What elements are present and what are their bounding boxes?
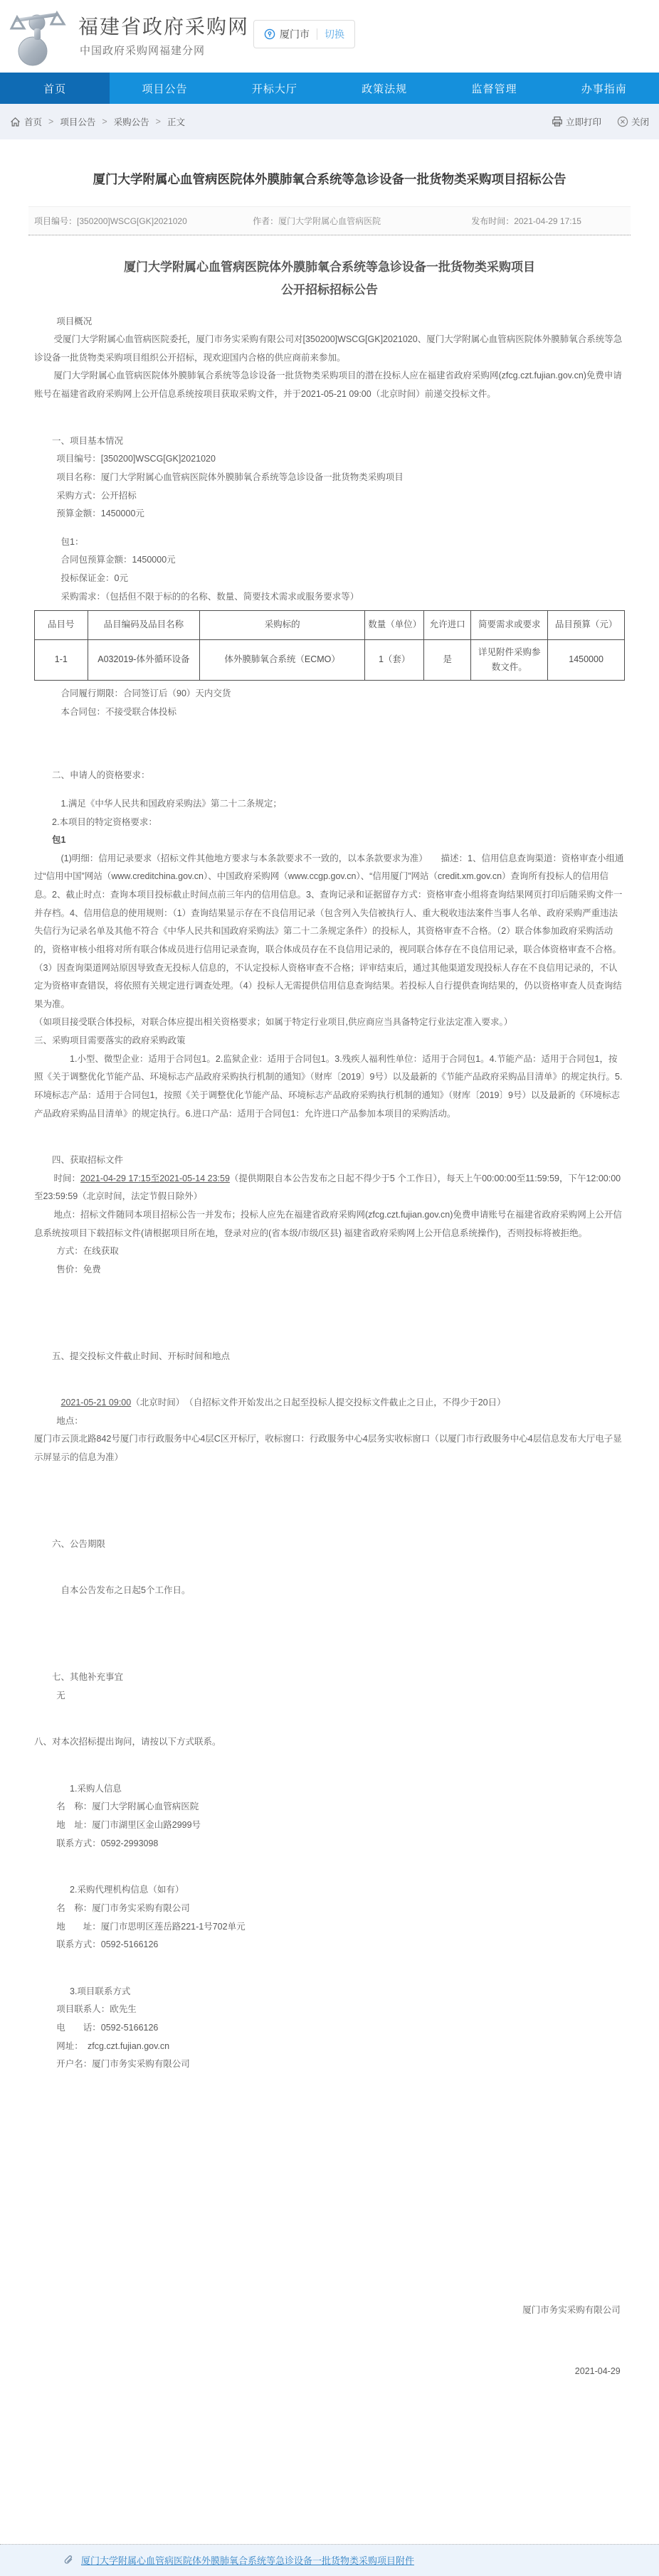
doc-spacer [34,1553,625,1582]
doc-paragraph: 2.采购代理机构信息（如有） [70,1881,625,1900]
doc-paragraph: 项目概况 [56,313,625,331]
doc-paragraph: 八、对本次招标提出询问，请按以下方式联系。 [34,1733,625,1752]
article: 厦门大学附属心血管病医院体外膜肺氧合系统等急诊设备一批货物类采购项目招标公告 项… [0,169,659,2544]
doc-paragraph: 方式：在线获取 [56,1242,625,1261]
table-cell: 1（套） [365,639,424,681]
paperclip-icon [63,2554,75,2566]
breadcrumb-item-procurement[interactable]: 采购公告 [114,115,149,128]
table-header-cell: 品目号 [35,611,88,639]
main-nav: 首页 项目公告 开标大厅 政策法规 监督管理 办事指南 [0,73,659,104]
nav-item-bid-opening-hall[interactable]: 开标大厅 [220,73,329,104]
doc-paragraph: 厦门市云顶北路842号厦门市行政服务中心4层C区开标厅，收标窗口：行政服务中心4… [34,1430,625,1467]
doc-paragraph: 合同包预算金额：1450000元 [61,551,626,570]
article-author: 作者：厦门大学附属心血管病医院 [253,215,471,227]
nav-item-project-announcements[interactable]: 项目公告 [110,73,219,104]
doc-paragraph: 七、其他补充事宜 [52,1668,625,1687]
nav-item-home[interactable]: 首页 [0,73,110,104]
doc-paragraph: 自本公告发布之日起5个工作日。 [61,1582,626,1600]
doc-paragraph: 3.项目联系方式 [70,1983,625,2001]
home-icon [10,117,21,127]
site-header: 福建省政府采购网 中国政府采购网福建分网 厦门市 切换 [0,0,659,73]
doc-paragraph: 五、提交投标文件截止时间、开标时间和地点 [52,1348,625,1366]
project-number-label: 项目编号： [34,216,77,226]
nav-item-guide[interactable]: 办事指南 [549,73,659,104]
doc-spacer [34,1954,625,1983]
table-header-cell: 品目预算（元） [548,611,625,639]
project-number-value: [350200]WSCG[GK]2021020 [77,216,187,226]
doc-paragraph: 名 称：厦门大学附属心血管病医院 [56,1798,625,1816]
location-switch-button[interactable]: 切换 [325,27,344,41]
doc-paragraph: 1.满足《中华人民共和国政府采购法》第二十二条规定； [61,795,626,814]
doc-paragraph: (1)明细：信用记录要求（招标文件其他地方要求与本条款要求不一致的，以本条款要求… [34,850,625,1014]
nav-item-policies[interactable]: 政策法规 [329,73,439,104]
breadcrumb: 首页 > 项目公告 > 采购公告 > 正文 [10,115,185,128]
doc-paragraph: 项目编号：[350200]WSCG[GK]2021020 [56,450,625,469]
location-city-label: 厦门市 [280,27,310,41]
doc-paragraph: 网址： zfcg.czt.fujian.gov.cn [56,2038,625,2056]
doc-text: （北京时间） （自招标文件开始发出之日起至投标人提交投标文件截止之日止，不得少于… [131,1398,505,1407]
table-cell: 体外膜肺氧合系统（ECMO） [200,639,365,681]
article-author-label: 作者： [253,216,278,226]
doc-paragraph: 售价：免费 [56,1261,625,1279]
doc-title: 公开招标招标公告 [34,278,625,303]
table-cell: 是 [424,639,471,681]
doc-paragraph: （如项目接受联合体投标，对联合体应提出相关资格要求；如属于特定行业项目,供应商应… [34,1013,625,1032]
doc-spacer [34,404,625,432]
doc-paragraph: 项目名称：厦门大学附属心血管病医院体外膜肺氧合系统等急诊设备一批货物类采购项目 [56,469,625,487]
breadcrumb-separator: > [156,117,161,127]
nav-item-supervision[interactable]: 监督管理 [439,73,549,104]
doc-paragraph: 2021-04-29 [34,2363,621,2381]
table-header-cell: 数量（单位） [365,611,424,639]
doc-spacer [34,1752,625,1780]
site-title: 福建省政府采购网 [78,11,249,40]
table-header-cell: 品目编码及品目名称 [88,611,200,639]
close-icon [617,116,628,127]
doc-spacer [34,785,625,795]
doc-spacer [34,1853,625,1881]
doc-title: 厦门大学附属心血管病医院体外膜肺氧合系统等急诊设备一批货物类采购项目 [102,257,557,278]
doc-paragraph: 四、获取招标文件 [52,1151,625,1170]
doc-paragraph: 时间：2021-04-29 17:15至2021-05-14 23:59（提供期… [34,1170,625,1206]
publish-time-label: 发布时间： [471,216,514,226]
doc-paragraph: 本合同包：不接受联合体投标 [61,703,626,722]
doc-paragraph: 1.小型、微型企业：适用于合同包1。2.监狱企业：适用于合同包1。3.残疾人福利… [34,1050,625,1124]
doc-paragraph: 地点：招标文件随同本项目招标公告一并发布；投标人应先在福建省政府采购网(zfcg… [34,1206,625,1242]
doc-spacer [34,303,625,313]
publish-time-value: 2021-04-29 17:15 [514,216,581,226]
breadcrumb-item-current: 正文 [167,115,185,128]
table-row: 1-1A032019-体外循环设备体外膜肺氧合系统（ECMO）1（套）是详见附件… [35,639,625,681]
doc-paragraph: 投标保证金：0元 [61,570,626,588]
doc-paragraph: 名 称：厦门市务实采购有限公司 [56,1900,625,1918]
doc-paragraph: 地 址：厦门市思明区莲岳路221-1号702单元 [56,1918,625,1937]
doc-spacer [34,1123,625,1151]
doc-paragraph: 无 [56,1687,625,1705]
doc-paragraph: 受厦门大学附属心血管病医院委托，厦门市务实采购有限公司对[350200]WSCG… [34,331,625,367]
location-city: 厦门市 [264,27,310,41]
doc-paragraph: 三、采购项目需要落实的政府采购政策 [34,1032,625,1050]
doc-paragraph: 电 话：0592-5166126 [56,2019,625,2038]
doc-paragraph: 1.采购人信息 [70,1780,625,1799]
doc-paragraph: 二、申请人的资格要求： [52,767,625,785]
table-cell: 详见附件采购参数文件。 [471,639,548,681]
doc-paragraph: 地点： [56,1412,625,1431]
underlined-date: 2021-04-29 17:15至2021-05-14 23:59 [80,1173,230,1183]
doc-paragraph: 项目联系人：欧先生 [56,2001,625,2019]
doc-paragraph: 厦门大学附属心血管病医院体外膜肺氧合系统等急诊设备一批货物类采购项目的潜在投标人… [34,367,625,403]
doc-paragraph: 联系方式：0592-2993098 [56,1835,625,1853]
table-header-cell: 采购标的 [200,611,365,639]
breadcrumb-item-announcements[interactable]: 项目公告 [60,115,95,128]
attachment-bar: 厦门大学附属心血管病医院体外膜肺氧合系统等急诊设备一批货物类采购项目附件 [0,2544,659,2576]
breadcrumb-separator: > [102,117,107,127]
site-logo-emblem [7,7,70,67]
location-pin-icon [264,28,275,40]
doc-paragraph: 开户名：厦门市务实采购有限公司 [56,2055,625,2074]
doc-spacer [34,1600,625,1668]
doc-paragraph: 一、项目基本情况 [52,432,625,451]
table-header-cell: 简要需求或要求 [471,611,548,639]
doc-spacer [34,1467,625,1536]
page-title: 厦门大学附属心血管病医院体外膜肺氧合系统等急诊设备一批货物类采购项目招标公告 [66,169,593,189]
doc-paragraph: 2.本项目的特定资格要求： [52,814,625,832]
doc-paragraph: 采购需求：（包括但不限于标的的名称、数量、简要技术需求或服务要求等） [61,588,626,607]
doc-body: 厦门大学附属心血管病医院体外膜肺氧合系统等急诊设备一批货物类采购项目公开招标招标… [28,257,631,2544]
doc-spacer [34,523,625,533]
doc-paragraph: 联系方式：0592-5166126 [56,1936,625,1954]
location-selector[interactable]: 厦门市 切换 [253,20,355,48]
breadcrumb-actions: 立即打印 关闭 [552,115,649,128]
printer-icon [552,116,563,127]
doc-paragraph: 包1 [52,831,625,850]
publish-time: 发布时间：2021-04-29 17:15 [471,215,625,227]
procurement-requirements-table: 品目号品目编码及品目名称采购标的数量（单位）允许进口简要需求或要求品目预算（元）… [34,610,625,681]
doc-paragraph: 包1： [61,533,626,552]
site-subtitle: 中国政府采购网福建分网 [80,43,205,58]
underlined-date: 2021-05-21 09:00 [61,1398,132,1407]
doc-paragraph: 采购方式：公开招标 [56,487,625,506]
location-divider [317,28,317,40]
doc-spacer [34,1705,625,1733]
project-number: 项目编号：[350200]WSCG[GK]2021020 [34,215,253,227]
table-cell: 1-1 [35,639,88,681]
breadcrumb-separator: > [48,117,53,127]
doc-spacer [34,1366,625,1394]
attachment-link[interactable]: 厦门大学附属心血管病医院体外膜肺氧合系统等急诊设备一批货物类采购项目附件 [81,2553,414,2567]
print-button[interactable]: 立即打印 [552,115,601,128]
doc-paragraph: 2021-05-21 09:00（北京时间） （自招标文件开始发出之日起至投标人… [61,1394,626,1412]
doc-paragraph: 预算金额：1450000元 [56,505,625,523]
article-author-value: 厦门大学附属心血管病医院 [278,216,381,226]
close-button[interactable]: 关闭 [617,115,649,128]
table-cell: A032019-体外循环设备 [88,639,200,681]
breadcrumb-item-home[interactable]: 首页 [24,115,42,128]
doc-paragraph: 厦门市务实采购有限公司 [34,2301,621,2320]
doc-paragraph: 合同履行期限：合同签订后（90）天内交货 [61,685,626,703]
article-meta-bar: 项目编号：[350200]WSCG[GK]2021020 作者：厦门大学附属心血… [28,206,631,235]
table-cell: 1450000 [548,639,625,681]
doc-spacer [34,721,625,767]
doc-text: 时间： [54,1173,81,1183]
breadcrumb-bar: 首页 > 项目公告 > 采购公告 > 正文 立即打印 关闭 [0,104,659,139]
doc-paragraph: 地 址：厦门市湖里区金山路2999号 [56,1816,625,1835]
doc-paragraph: 六、公告期限 [52,1536,625,1554]
close-button-label: 关闭 [631,115,649,128]
doc-spacer [34,1279,625,1348]
table-header-cell: 允许进口 [424,611,471,639]
print-button-label: 立即打印 [566,115,601,128]
